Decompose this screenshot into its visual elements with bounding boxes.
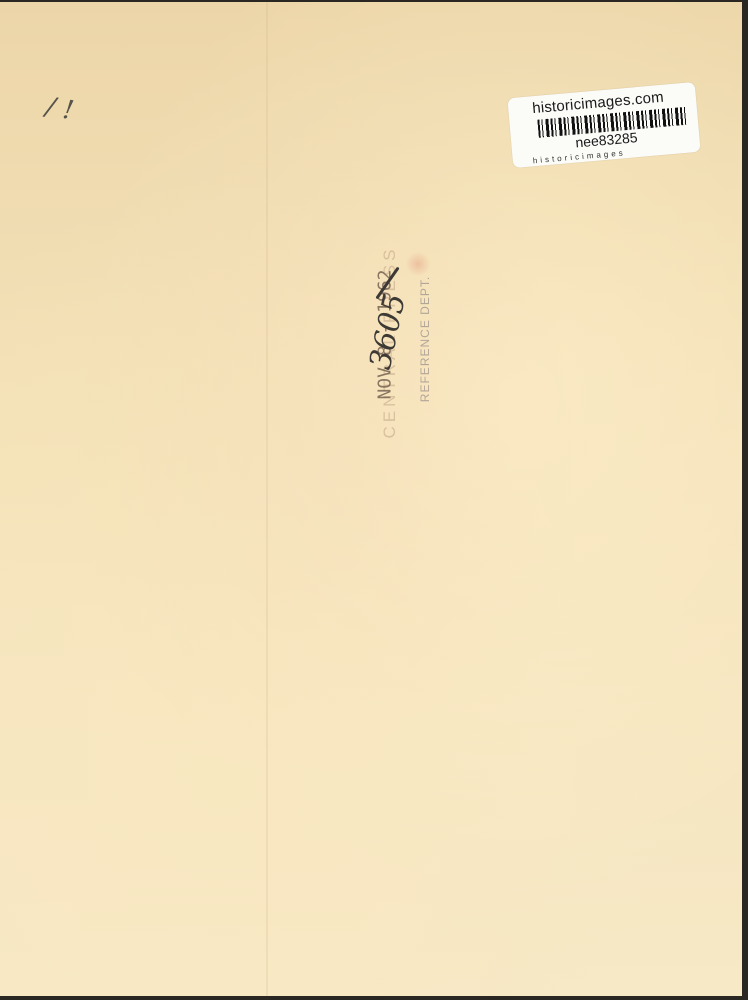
- barcode-label: historicimages.com nee83285 historicimag…: [507, 82, 700, 168]
- ink-smudge: [405, 252, 431, 276]
- label-partial-text: historicimages: [532, 148, 626, 165]
- pencil-marks: / !: [44, 92, 76, 126]
- handwritten-number: 3605: [360, 279, 415, 384]
- photo-back-paper: / ! historicimages.com nee83285 historic…: [0, 2, 742, 996]
- department-stamp: REFERENCE DEPT.: [418, 274, 432, 404]
